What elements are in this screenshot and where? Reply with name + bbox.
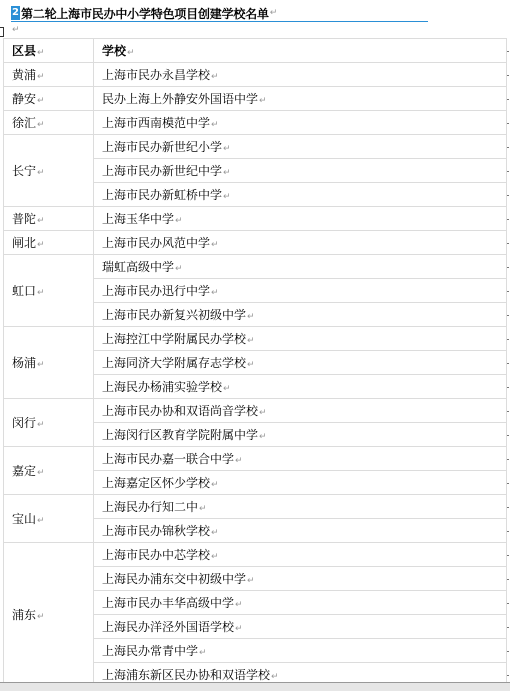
row-end-mark-icon xyxy=(507,411,509,412)
table-anchor-icon[interactable] xyxy=(0,27,4,37)
row-end-mark-icon xyxy=(507,579,509,580)
row-end-mark-icon xyxy=(507,459,509,460)
district-cell[interactable]: 浦东↵ xyxy=(4,543,94,687)
row-end-mark-icon xyxy=(507,267,509,268)
school-cell[interactable]: 瑞虹高级中学↵ xyxy=(94,255,507,279)
heading-underline xyxy=(11,21,428,22)
school-cell[interactable]: 上海市民办嘉一联合中学↵ xyxy=(94,447,507,471)
school-cell[interactable]: 上海市民办新复兴初级中学↵ xyxy=(94,303,507,327)
district-cell[interactable]: 宝山↵ xyxy=(4,495,94,543)
table-row: 黄浦↵上海市民办永昌学校↵ xyxy=(4,63,507,87)
school-cell[interactable]: 上海民办杨浦实验学校↵ xyxy=(94,375,507,399)
row-end-mark-icon xyxy=(507,123,509,124)
row-end-mark-icon xyxy=(507,147,509,148)
school-cell[interactable]: 上海市民办新虹桥中学↵ xyxy=(94,183,507,207)
district-cell[interactable]: 黄浦↵ xyxy=(4,63,94,87)
row-end-mark-icon xyxy=(507,483,509,484)
school-cell[interactable]: 上海控江中学附属民办学校↵ xyxy=(94,327,507,351)
school-cell[interactable]: 上海闵行区教育学院附属中学↵ xyxy=(94,423,507,447)
row-end-mark-icon xyxy=(507,291,509,292)
row-end-mark-icon xyxy=(507,99,509,100)
document-heading[interactable]: 2 第二轮上海市民办中小学特色项目创建学校名单 ↵ xyxy=(11,4,277,22)
row-end-mark-icon xyxy=(507,675,509,676)
row-end-mark-icon xyxy=(507,531,509,532)
table-row: 普陀↵上海玉华中学↵ xyxy=(4,207,507,231)
row-end-mark-icon xyxy=(507,315,509,316)
school-cell[interactable]: 上海市民办新世纪小学↵ xyxy=(94,135,507,159)
row-end-mark-icon xyxy=(507,51,509,52)
row-end-mark-icon xyxy=(507,219,509,220)
header-school[interactable]: 学校↵ xyxy=(94,39,507,63)
row-end-mark-icon xyxy=(507,363,509,364)
school-cell[interactable]: 上海市民办丰华高级中学↵ xyxy=(94,591,507,615)
document-title[interactable]: 第二轮上海市民办中小学特色项目创建学校名单 xyxy=(21,5,269,22)
school-cell[interactable]: 民办上海上外静安外国语中学↵ xyxy=(94,87,507,111)
row-end-mark-icon xyxy=(507,651,509,652)
paragraph-mark-icon: ↵ xyxy=(12,25,20,35)
school-cell[interactable]: 上海市民办风范中学↵ xyxy=(94,231,507,255)
school-cell[interactable]: 上海市民办锦秋学校↵ xyxy=(94,519,507,543)
school-cell[interactable]: 上海民办行知二中↵ xyxy=(94,495,507,519)
school-cell[interactable]: 上海民办洋泾外国语学校↵ xyxy=(94,615,507,639)
district-cell[interactable]: 普陀↵ xyxy=(4,207,94,231)
table-row: 浦东↵上海市民办中芯学校↵ xyxy=(4,543,507,567)
header-district[interactable]: 区县↵ xyxy=(4,39,94,63)
school-list-table: 区县↵ 学校↵ 黄浦↵上海市民办永昌学校↵静安↵民办上海上外静安外国语中学↵徐汇… xyxy=(3,38,507,687)
status-bar xyxy=(0,682,510,691)
district-cell[interactable]: 徐汇↵ xyxy=(4,111,94,135)
school-cell[interactable]: 上海民办常青中学↵ xyxy=(94,639,507,663)
school-cell[interactable]: 上海市民办中芯学校↵ xyxy=(94,543,507,567)
table-row: 虹口↵瑞虹高级中学↵ xyxy=(4,255,507,279)
row-end-mark-icon xyxy=(507,75,509,76)
paragraph-mark-icon: ↵ xyxy=(270,8,278,18)
table-row: 长宁↵上海市民办新世纪小学↵ xyxy=(4,135,507,159)
table-row: 徐汇↵上海市西南模范中学↵ xyxy=(4,111,507,135)
table-row: 静安↵民办上海上外静安外国语中学↵ xyxy=(4,87,507,111)
row-end-mark-icon xyxy=(507,627,509,628)
table-row: 杨浦↵上海控江中学附属民办学校↵ xyxy=(4,327,507,351)
row-end-mark-icon xyxy=(507,195,509,196)
table-row: 闵行↵上海市民办协和双语尚音学校↵ xyxy=(4,399,507,423)
row-end-mark-icon xyxy=(507,387,509,388)
school-cell[interactable]: 上海市民办迅行中学↵ xyxy=(94,279,507,303)
row-end-mark-icon xyxy=(507,243,509,244)
school-cell[interactable]: 上海嘉定区怀少学校↵ xyxy=(94,471,507,495)
row-end-mark-icon xyxy=(507,171,509,172)
table-header-row: 区县↵ 学校↵ xyxy=(4,39,507,63)
table-row: 嘉定↵上海市民办嘉一联合中学↵ xyxy=(4,447,507,471)
row-end-mark-icon xyxy=(507,339,509,340)
row-end-mark-icon xyxy=(507,603,509,604)
district-cell[interactable]: 嘉定↵ xyxy=(4,447,94,495)
school-cell[interactable]: 上海市西南模范中学↵ xyxy=(94,111,507,135)
table-row: 宝山↵上海民办行知二中↵ xyxy=(4,495,507,519)
row-end-mark-icon xyxy=(507,555,509,556)
district-cell[interactable]: 闵行↵ xyxy=(4,399,94,447)
district-cell[interactable]: 长宁↵ xyxy=(4,135,94,207)
district-cell[interactable]: 杨浦↵ xyxy=(4,327,94,399)
district-cell[interactable]: 虹口↵ xyxy=(4,255,94,327)
school-cell[interactable]: 上海市民办永昌学校↵ xyxy=(94,63,507,87)
school-cell[interactable]: 上海同济大学附属存志学校↵ xyxy=(94,351,507,375)
school-cell[interactable]: 上海玉华中学↵ xyxy=(94,207,507,231)
row-end-mark-icon xyxy=(507,507,509,508)
school-cell[interactable]: 上海民办浦东交中初级中学↵ xyxy=(94,567,507,591)
school-cell[interactable]: 上海市民办新世纪中学↵ xyxy=(94,159,507,183)
district-cell[interactable]: 闸北↵ xyxy=(4,231,94,255)
table-row: 闸北↵上海市民办风范中学↵ xyxy=(4,231,507,255)
district-cell[interactable]: 静安↵ xyxy=(4,87,94,111)
heading-number: 2 xyxy=(11,6,20,20)
row-end-mark-icon xyxy=(507,435,509,436)
school-cell[interactable]: 上海市民办协和双语尚音学校↵ xyxy=(94,399,507,423)
